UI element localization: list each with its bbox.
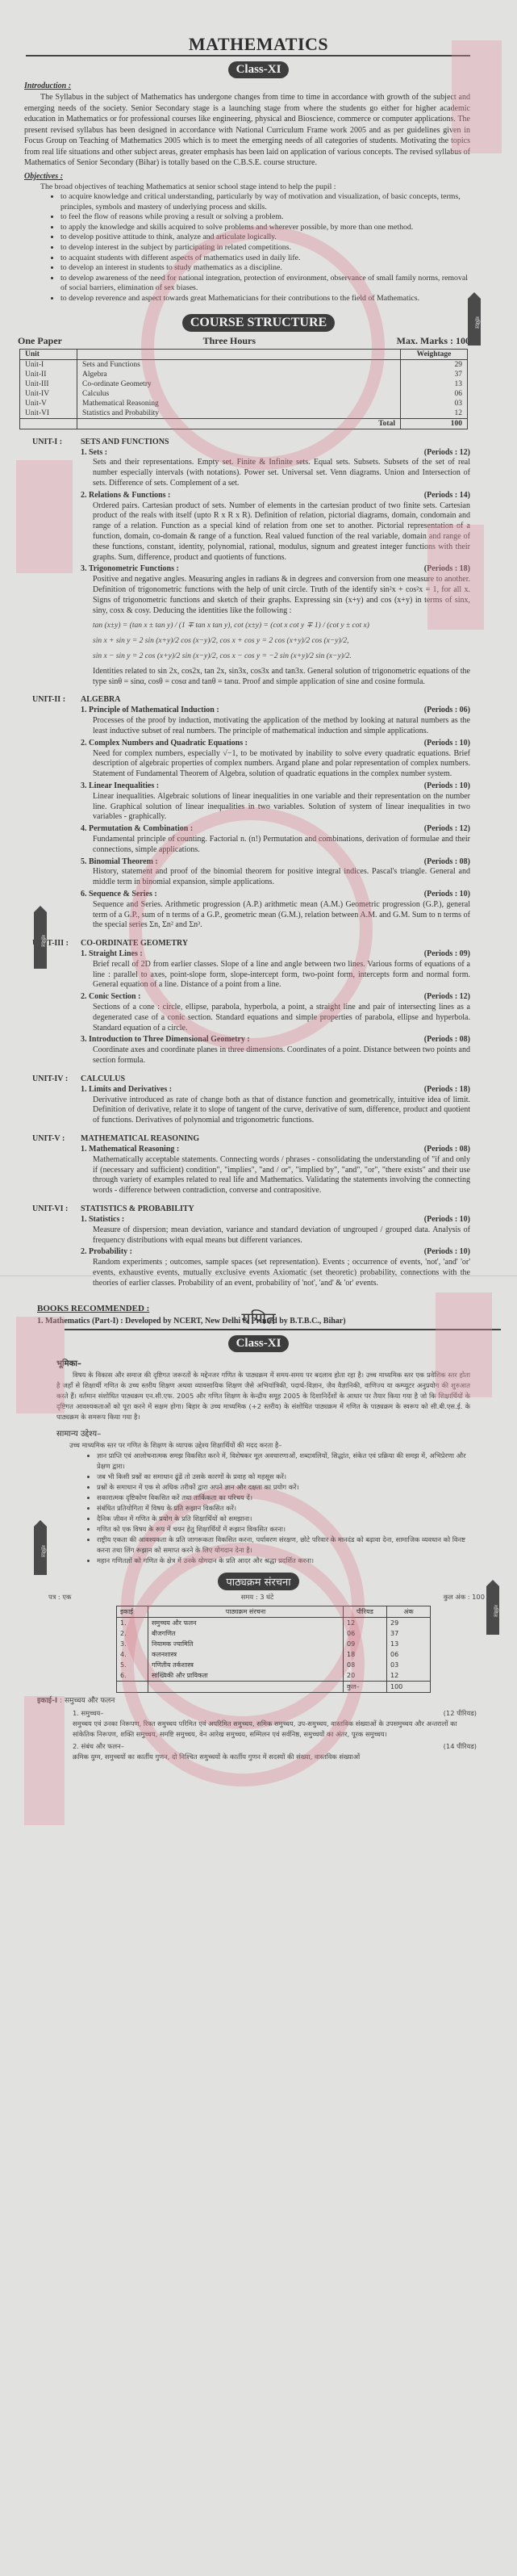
unit-header: UNIT-IV :CALCULUS	[32, 1074, 470, 1083]
objective-item: to develop interest in the subject by pa…	[60, 243, 470, 253]
topic-periods: (Periods : 10)	[424, 739, 470, 749]
objective-item: to develop awareness of the need for nat…	[60, 274, 470, 294]
hindi-unit-1: इकाई-I : समुच्चय और फलन	[37, 1696, 517, 1707]
weightage-cell: 37	[401, 370, 468, 379]
topic-text: Fundamental principle of counting. Facto…	[93, 835, 470, 856]
unit-label: UNIT-V :	[32, 1134, 81, 1143]
unit-name-cell: समुच्चय और फलन	[148, 1618, 344, 1629]
duration-label: Three Hours	[203, 335, 256, 347]
table-row: Unit-IIAlgebra37	[20, 370, 468, 379]
col-structure: पाठ्यक्रम संरचना	[148, 1606, 344, 1618]
hindi-duration-label: समय : 3 घंटे	[241, 1592, 273, 1602]
hindi-topic-text: समुच्चय एवं उनका निरूपण, रिक्त समुच्चय प…	[73, 1719, 477, 1740]
course-meta: One Paper Three Hours Max. Marks : 100	[18, 335, 470, 347]
total-row: Total100	[20, 418, 468, 429]
table-row: 4.कलनशास्त्र1806	[117, 1649, 431, 1660]
objective-item: to develop an interest in students to st…	[60, 263, 470, 274]
topic-name: 5. Binomial Theorem :	[81, 857, 158, 868]
topic-name: 3. Introduction to Three Dimensional Geo…	[81, 1035, 250, 1045]
hindi-intro-heading: भूमिका–	[56, 1357, 517, 1368]
topic-periods: (Periods : 10)	[424, 781, 470, 792]
table-row: Unit-ISets and Functions29	[20, 359, 468, 370]
unit-header: UNIT-VI :STATISTICS & PROBABILITY	[32, 1204, 470, 1213]
topic-name: 2. Complex Numbers and Quadratic Equatio…	[81, 739, 248, 749]
bookmark-ribbon: गणित	[34, 1527, 47, 1575]
topic-periods: (Periods : 09)	[424, 949, 470, 960]
topic-text: Derivative introduced as rate of change …	[93, 1095, 470, 1126]
periods-cell: 06	[344, 1628, 387, 1639]
unit-name-cell: बीजगणित	[148, 1628, 344, 1639]
unit-name-cell: कलनशास्त्र	[148, 1649, 344, 1660]
hindi-objective-item: ज्ञान प्राप्ति एवं आलोचनात्मक समझ विकसित…	[97, 1451, 470, 1472]
topic-name: 1. Sets :	[81, 448, 107, 459]
col-marks: अंक	[387, 1606, 431, 1618]
topic-heading: 6. Sequence & Series :(Periods : 10)	[81, 890, 470, 900]
unit-num-cell: 3.	[117, 1639, 148, 1649]
page-title: MATHEMATICS	[0, 34, 517, 55]
unit-title: MATHEMATICAL REASONING	[81, 1134, 199, 1143]
hindi-objective-item: राष्ट्रीय एकता की आवश्यकता के प्रति जागर…	[97, 1535, 470, 1556]
unit-label: UNIT-I :	[32, 438, 81, 446]
unit-num-cell: 1.	[117, 1618, 148, 1629]
marks-cell: 03	[387, 1660, 431, 1670]
topic-heading: 2. Probability :(Periods : 10)	[81, 1247, 470, 1258]
unit-title: CO-ORDINATE GEOMETRY	[81, 939, 188, 948]
topic-heading: 1. Principle of Mathematical Induction :…	[81, 706, 470, 716]
empty-cell	[148, 1682, 344, 1693]
topic-name: 3. Linear Inequalities :	[81, 781, 159, 792]
class-badge: Class-XI	[228, 1335, 290, 1352]
unit-cell: Unit-IV	[20, 389, 77, 399]
topic-periods: (Periods : 08)	[424, 1035, 470, 1045]
col-periods: पीरियड	[344, 1606, 387, 1618]
hindi-topic-item: 1. समुच्चय–(12 पीरियड)समुच्चय एवं उनका न…	[73, 1708, 477, 1740]
topic-text: Positive and negative angles. Measuring …	[93, 575, 470, 616]
objective-item: to feel the flow of reasons while provin…	[60, 212, 470, 223]
topic-name: 6. Sequence & Series :	[81, 890, 157, 900]
formula: sin x − sin y = 2 cos (x+y)/2 sin (x−y)/…	[93, 651, 470, 662]
unit-title: SETS AND FUNCTIONS	[81, 438, 169, 446]
unit-cell: Unit-I	[20, 359, 77, 370]
hindi-page-title: गणित	[0, 1307, 517, 1329]
topic-name: 1. Limits and Derivatives :	[81, 1085, 172, 1095]
unit-name-cell: सांख्यिकी और प्रायिकता	[148, 1670, 344, 1682]
course-structure-badge: COURSE STRUCTURE	[182, 314, 335, 332]
hindi-objective-item: दैनिक जीवन में गणित के प्रयोग के प्रति श…	[97, 1514, 470, 1524]
weightage-cell: 12	[401, 408, 468, 419]
topic-item: 3. Introduction to Three Dimensional Geo…	[81, 1035, 470, 1066]
topic-item: 2. Complex Numbers and Quadratic Equatio…	[81, 739, 470, 780]
topic-text: Brief recall of 2D from earlier classes.…	[93, 960, 470, 991]
topic-heading: 5. Binomial Theorem :(Periods : 08)	[81, 857, 470, 868]
hindi-objective-item: महान गणितज्ञों को गणित के क्षेत्र में उन…	[97, 1556, 470, 1566]
topic-heading: 1. Straight Lines :(Periods : 09)	[81, 949, 470, 960]
table-row: 6.सांख्यिकी और प्रायिकता2012	[117, 1670, 431, 1682]
col-unit: Unit	[20, 349, 77, 359]
topic-name: 2. Relations & Functions :	[81, 491, 170, 501]
topic-name: 3. Trigonometric Functions :	[81, 564, 179, 575]
hindi-course-meta: पत्र : एक समय : 3 घंटे कुल अंक : 100	[48, 1592, 485, 1602]
topic-periods: (Periods : 12)	[424, 992, 470, 1003]
marks-cell: 12	[387, 1670, 431, 1682]
bookmark-ribbon: गणित	[34, 912, 47, 969]
unit-header: UNIT-III :CO-ORDINATE GEOMETRY	[32, 939, 470, 948]
topic-text: Need for complex numbers, especially √−1…	[93, 749, 470, 780]
topic-name: 4. Permutation & Combination :	[81, 824, 193, 835]
unit-name-cell: Algebra	[77, 370, 401, 379]
weightage-cell: 13	[401, 379, 468, 389]
unit-title: STATISTICS & PROBABILITY	[81, 1204, 194, 1213]
table-row: Unit-IIICo-ordinate Geometry13	[20, 379, 468, 389]
bookmark-ribbon: गणित	[468, 299, 481, 346]
units-container: UNIT-I :SETS AND FUNCTIONS1. Sets :(Peri…	[0, 438, 517, 1289]
objectives-heading: Objectives :	[24, 172, 517, 181]
hindi-intro-text: विषय के विकास और समाज की दृष्टिगत जरूरतो…	[56, 1370, 470, 1422]
topic-heading: 3. Linear Inequalities :(Periods : 10)	[81, 781, 470, 792]
periods-cell: 09	[344, 1639, 387, 1649]
hindi-unit-label: इकाई-I	[37, 1697, 57, 1705]
course-structure-table: UnitWeightage Unit-ISets and Functions29…	[19, 349, 468, 429]
hindi-topic-periods: (14 पीरियड)	[444, 1741, 477, 1752]
hindi-objectives-lead: उच्च माध्यमिक स्तर पर गणित के शिक्षण के …	[69, 1440, 470, 1451]
objectives-lead: The broad objectives of teaching Mathema…	[40, 182, 470, 193]
table-row: 1.समुच्चय और फलन1229	[117, 1618, 431, 1629]
hindi-topic-text: क्रमिक युग्म, समुच्चयों का कार्तीय गुणन,…	[73, 1752, 477, 1762]
topic-heading: 2. Relations & Functions :(Periods : 14)	[81, 491, 470, 501]
unit-name-cell: Sets and Functions	[77, 359, 401, 370]
table-row: 5.गणितीय तर्कशास्त्र0803	[117, 1660, 431, 1670]
topic-text: Sets and their representations. Empty se…	[93, 458, 470, 488]
table-row: Unit-VMathematical Reasoning03	[20, 399, 468, 408]
periods-cell: 20	[344, 1670, 387, 1682]
objective-item: to develop positive attitude to think, a…	[60, 232, 470, 243]
topic-text: Mathematically acceptable statements. Co…	[93, 1155, 470, 1196]
topic-item: 3. Linear Inequalities :(Periods : 10)Li…	[81, 781, 470, 823]
topic-name: 1. Statistics :	[81, 1215, 124, 1225]
topic-periods: (Periods : 06)	[424, 706, 470, 716]
objectives-list: The broad objectives of teaching Mathema…	[40, 182, 470, 304]
unit-label: UNIT-VI :	[32, 1204, 81, 1213]
topic-item: 1. Straight Lines :(Periods : 09)Brief r…	[81, 949, 470, 991]
unit-name-cell: Calculus	[77, 389, 401, 399]
hindi-paper-label: पत्र : एक	[48, 1592, 71, 1602]
col-unit: इकाई	[117, 1606, 148, 1618]
hindi-objective-item: सकारात्मक दृष्टिकोण विकसित करें तथा तार्…	[97, 1493, 470, 1503]
unit-name-cell: Statistics and Probability	[77, 408, 401, 419]
weightage-cell: 29	[401, 359, 468, 370]
unit-cell: Unit-V	[20, 399, 77, 408]
title-divider	[26, 55, 470, 57]
topic-periods: (Periods : 10)	[424, 1247, 470, 1258]
topic-item: 1. Statistics :(Periods : 10)Measure of …	[81, 1215, 470, 1246]
topic-heading: 2. Conic Section :(Periods : 12)	[81, 992, 470, 1003]
hindi-topic-item: 2. संबंध और फलन–(14 पीरियड)क्रमिक युग्म,…	[73, 1741, 477, 1762]
paper-label: One Paper	[18, 335, 62, 347]
unit-num-cell: 5.	[117, 1660, 148, 1670]
hindi-topic-heading: 1. समुच्चय–(12 पीरियड)	[73, 1708, 477, 1719]
max-marks-label: Max. Marks : 100	[397, 335, 470, 347]
unit-header: UNIT-II :ALGEBRA	[32, 695, 470, 704]
topic-periods: (Periods : 08)	[424, 857, 470, 868]
topic-item: 1. Mathematical Reasoning :(Periods : 08…	[81, 1145, 470, 1196]
hindi-objective-item: जब भी किसी प्रश्नों का समाधान ढूंढें तो …	[97, 1472, 470, 1482]
topic-heading: 3. Trigonometric Functions :(Periods : 1…	[81, 564, 470, 575]
topic-item: 6. Sequence & Series :(Periods : 10)Sequ…	[81, 890, 470, 931]
total-value: 100	[387, 1682, 431, 1693]
unit-name-cell: Co-ordinate Geometry	[77, 379, 401, 389]
hindi-unit-title: : समुच्चय और फलन	[60, 1697, 115, 1705]
topic-heading: 1. Statistics :(Periods : 10)	[81, 1215, 470, 1225]
topic-periods: (Periods : 18)	[424, 1085, 470, 1095]
topic-heading: 2. Complex Numbers and Quadratic Equatio…	[81, 739, 470, 749]
topic-text: Measure of dispersion; mean deviation, v…	[93, 1225, 470, 1246]
topic-item: 2. Relations & Functions :(Periods : 14)…	[81, 491, 470, 563]
topic-periods: (Periods : 10)	[424, 890, 470, 900]
hindi-topic-name: 2. संबंध और फलन–	[73, 1741, 124, 1752]
hindi-course-structure-badge: पाठ्यक्रम संरचना	[218, 1573, 298, 1590]
topic-periods: (Periods : 12)	[424, 824, 470, 835]
introduction-heading: Introduction :	[24, 82, 517, 90]
unit-title: ALGEBRA	[81, 695, 120, 704]
topic-periods: (Periods : 10)	[424, 1215, 470, 1225]
topic-item: 1. Limits and Derivatives :(Periods : 18…	[81, 1085, 470, 1126]
table-row: Unit-VIStatistics and Probability12	[20, 408, 468, 419]
total-label: कुल–	[344, 1682, 387, 1693]
total-label: Total	[77, 418, 401, 429]
topic-item: 5. Binomial Theorem :(Periods : 08)Histo…	[81, 857, 470, 888]
syllabus-document: गणित गणित गणित MATHEMATICS Class-XI Intr…	[0, 0, 517, 2576]
hindi-topics: 1. समुच्चय–(12 पीरियड)समुच्चय एवं उनका न…	[0, 1708, 517, 1762]
topic-text: Sequence and Series. Arithmetic progress…	[93, 900, 470, 931]
unit-label: UNIT-II :	[32, 695, 81, 704]
marks-cell: 29	[387, 1618, 431, 1629]
hindi-objectives-heading: सामान्य उद्देश्य–	[56, 1427, 517, 1439]
topic-item: 4. Permutation & Combination :(Periods :…	[81, 824, 470, 855]
hindi-max-marks-label: कुल अंक : 100	[444, 1592, 485, 1602]
topic-heading: 1. Sets :(Periods : 12)	[81, 448, 470, 459]
topic-name: 1. Mathematical Reasoning :	[81, 1145, 179, 1155]
topic-text: Coordinate axes and coordinate planes in…	[93, 1045, 470, 1066]
class-badge: Class-XI	[228, 61, 290, 78]
topic-item: 1. Sets :(Periods : 12)Sets and their re…	[81, 448, 470, 489]
topic-periods: (Periods : 08)	[424, 1145, 470, 1155]
topic-heading: 3. Introduction to Three Dimensional Geo…	[81, 1035, 470, 1045]
objective-item: to acquire knowledge and critical unders…	[60, 192, 470, 212]
title-divider	[65, 1329, 501, 1330]
hindi-objective-item: संबंधित प्रतियोगिता में विषय के प्रति रू…	[97, 1503, 470, 1514]
hindi-sheet: गणित गणित Class-XI भूमिका– विषय के विकास…	[0, 1275, 517, 2576]
unit-num-cell: 6.	[117, 1670, 148, 1682]
topic-text: History, statement and proof of the bino…	[93, 867, 470, 888]
periods-cell: 18	[344, 1649, 387, 1660]
marks-cell: 37	[387, 1628, 431, 1639]
hindi-objectives-list: ज्ञान प्राप्ति एवं आलोचनात्मक समझ विकसित…	[81, 1451, 470, 1566]
topic-heading: 4. Permutation & Combination :(Periods :…	[81, 824, 470, 835]
col-weightage: Weightage	[401, 349, 468, 359]
topic-text: Sections of a cone : circle, ellipse, pa…	[93, 1003, 470, 1033]
topic-text: Ordered pairs. Cartesian product of sets…	[93, 501, 470, 563]
unit-cell: Unit-VI	[20, 408, 77, 419]
topic-periods: (Periods : 14)	[424, 491, 470, 501]
topic-item: 1. Principle of Mathematical Induction :…	[81, 706, 470, 736]
objective-item: to acquaint students with different aspe…	[60, 253, 470, 264]
hindi-objective-item: गणित को एक विषय के रूप में चयन हेतु शिक्…	[97, 1524, 470, 1535]
topic-text: Linear inequalities. Algebraic solutions…	[93, 792, 470, 823]
total-row: कुल–100	[117, 1682, 431, 1693]
unit-cell: Unit-III	[20, 379, 77, 389]
unit-header: UNIT-V :MATHEMATICAL REASONING	[32, 1134, 470, 1143]
unit-cell: Unit-II	[20, 370, 77, 379]
formula: sin x + sin y = 2 sin (x+y)/2 cos (x−y)/…	[93, 636, 470, 647]
unit-name-cell: नियामक ज्यामिति	[148, 1639, 344, 1649]
topic-text: Identities related to sin 2x, cos2x, tan…	[93, 667, 470, 688]
hindi-course-structure-table: इकाई पाठ्यक्रम संरचना पीरियड अंक 1.समुच्…	[116, 1606, 431, 1693]
table-row: 2.बीजगणित0637	[117, 1628, 431, 1639]
marks-cell: 13	[387, 1639, 431, 1649]
weightage-cell: 03	[401, 399, 468, 408]
topic-periods: (Periods : 18)	[424, 564, 470, 575]
topic-name: 2. Conic Section :	[81, 992, 140, 1003]
weightage-cell: 06	[401, 389, 468, 399]
topic-heading: 1. Mathematical Reasoning :(Periods : 08…	[81, 1145, 470, 1155]
hindi-topic-name: 1. समुच्चय–	[73, 1708, 103, 1719]
periods-cell: 12	[344, 1618, 387, 1629]
table-row: 3.नियामक ज्यामिति0913	[117, 1639, 431, 1649]
topic-periods: (Periods : 12)	[424, 448, 470, 459]
topic-text: Processes of the proof by induction, mot…	[93, 716, 470, 737]
unit-num-cell: 2.	[117, 1628, 148, 1639]
formula: tan (x±y) = (tan x ± tan y) / (1 ∓ tan x…	[93, 621, 470, 631]
introduction-text: The Syllabus in the subject of Mathemati…	[24, 92, 470, 169]
unit-num-cell: 4.	[117, 1649, 148, 1660]
unit-header: UNIT-I :SETS AND FUNCTIONS	[32, 438, 470, 446]
unit-label: UNIT-IV :	[32, 1074, 81, 1083]
topic-name: 1. Straight Lines :	[81, 949, 143, 960]
unit-name-cell: Mathematical Reasoning	[77, 399, 401, 408]
topic-heading: 1. Limits and Derivatives :(Periods : 18…	[81, 1085, 470, 1095]
table-row: Unit-IVCalculus06	[20, 389, 468, 399]
topic-name: 2. Probability :	[81, 1247, 132, 1258]
marks-cell: 06	[387, 1649, 431, 1660]
objective-item: to apply the knowledge and skills acquir…	[60, 223, 470, 233]
hindi-objective-item: प्रश्नों के समाधान में एक से अधिक तरीकों…	[97, 1482, 470, 1493]
hindi-topic-heading: 2. संबंध और फलन–(14 पीरियड)	[73, 1741, 477, 1752]
hindi-topic-periods: (12 पीरियड)	[444, 1708, 477, 1719]
topic-item: 3. Trigonometric Functions :(Periods : 1…	[81, 564, 470, 687]
topic-item: 2. Conic Section :(Periods : 12)Sections…	[81, 992, 470, 1033]
total-value: 100	[401, 418, 468, 429]
unit-name-cell: गणितीय तर्कशास्त्र	[148, 1660, 344, 1670]
empty-cell	[20, 418, 77, 429]
english-sheet: गणित गणित गणित MATHEMATICS Class-XI Intr…	[0, 0, 517, 1275]
unit-title: CALCULUS	[81, 1074, 125, 1083]
empty-cell	[117, 1682, 148, 1693]
objective-item: to develop reverence and aspect towards …	[60, 294, 470, 304]
periods-cell: 08	[344, 1660, 387, 1670]
topic-name: 1. Principle of Mathematical Induction :	[81, 706, 219, 716]
